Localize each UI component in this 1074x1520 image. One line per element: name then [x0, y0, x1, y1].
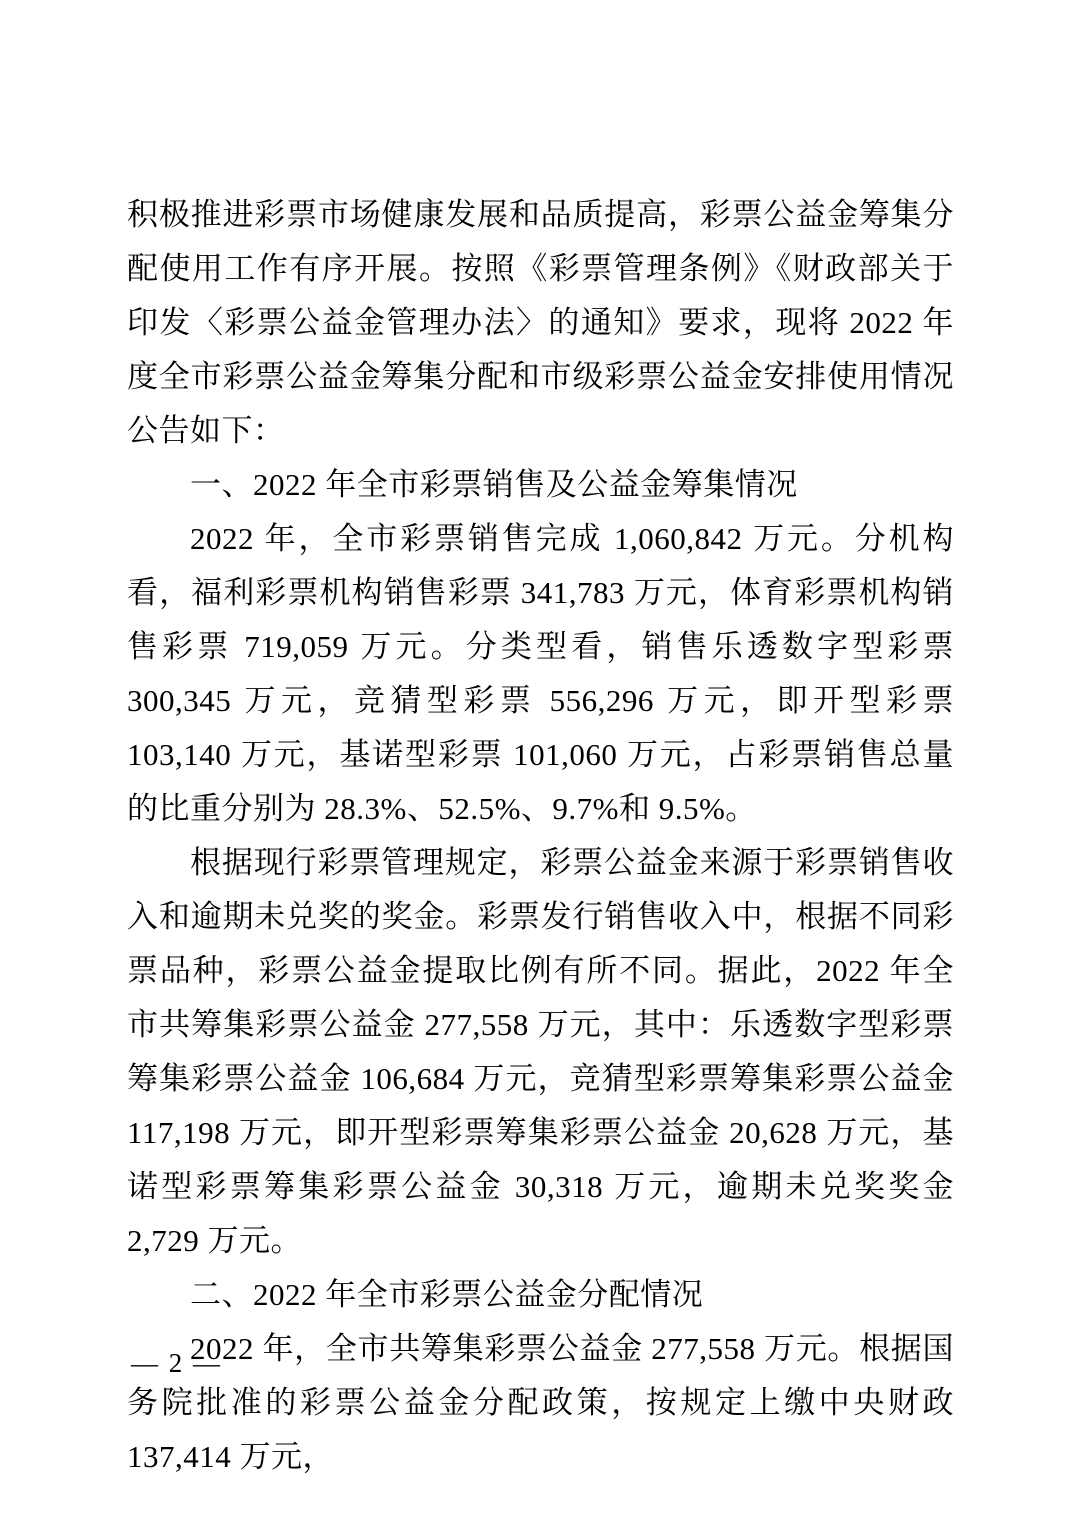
section-heading-1: 一、2022 年全市彩票销售及公益金筹集情况 [127, 458, 954, 512]
paragraph-lottery-sales: 2022 年，全市彩票销售完成 1,060,842 万元。分机构看，福利彩票机构… [127, 512, 954, 836]
paragraph-intro-continuation: 积极推进彩票市场健康发展和品质提高，彩票公益金筹集分配使用工作有序开展。按照《彩… [127, 188, 954, 458]
section-heading-2: 二、2022 年全市彩票公益金分配情况 [127, 1268, 954, 1322]
document-page: 积极推进彩票市场健康发展和品质提高，彩票公益金筹集分配使用工作有序开展。按照《彩… [0, 0, 1074, 1520]
document-body: 积极推进彩票市场健康发展和品质提高，彩票公益金筹集分配使用工作有序开展。按照《彩… [127, 188, 954, 1484]
paragraph-fund-raising: 根据现行彩票管理规定，彩票公益金来源于彩票销售收入和逾期未兑奖的奖金。彩票发行销… [127, 836, 954, 1268]
page-number: — 2 — [131, 1346, 222, 1380]
paragraph-fund-distribution: 2022 年，全市共筹集彩票公益金 277,558 万元。根据国务院批准的彩票公… [127, 1322, 954, 1484]
